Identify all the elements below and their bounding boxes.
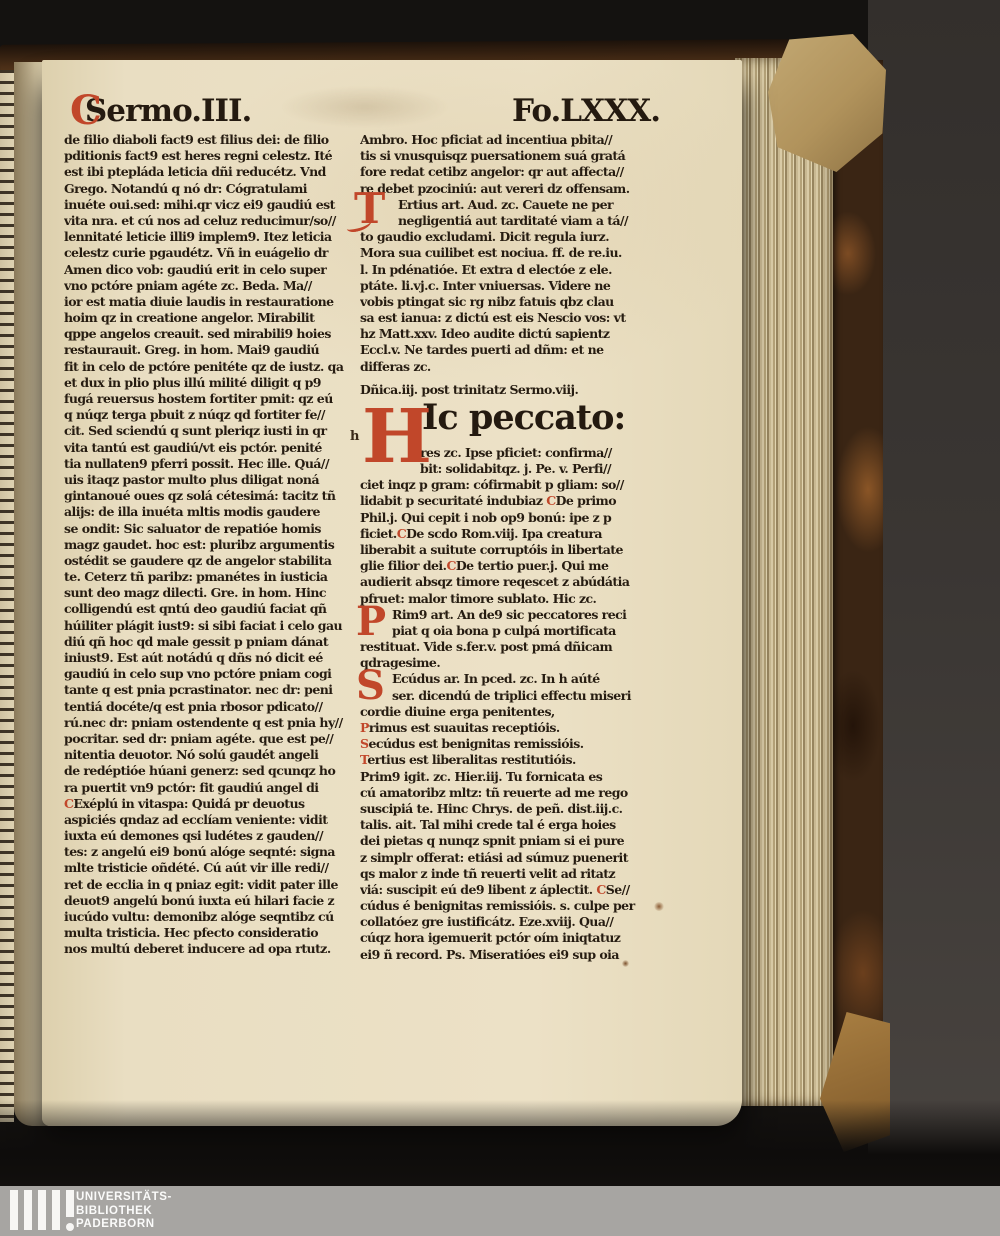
text-line: glie filior dei.CDe tertio puer.j. Qui m…: [360, 558, 672, 574]
text-line: audierit absqz timore reqescet z abúdáti…: [360, 574, 672, 590]
text-line: Ecúdus ar. In pced. zc. In h aúté: [360, 671, 672, 687]
text-line: gaudiú in celo sup vno pctóre pniam cogi: [64, 666, 364, 682]
text-line: iuxta eú demones qsi ludétes z gauden//: [64, 828, 364, 844]
folio-number: Fo.LXXX.: [512, 93, 660, 129]
text-line: Prim9 igit. zc. Hier.iij. Tu fornicata e…: [360, 769, 672, 785]
text-line: tes: z angelú ei9 bonú alóge seqnté: sig…: [64, 844, 364, 860]
text-line: qs malor z inde tñ reuerti velit ad rita…: [360, 866, 672, 882]
text-line: húiliter plágit iust9: si sibi faciat i …: [64, 618, 364, 634]
text-line: Amen dico vob: gaudiú erit in celo super: [64, 262, 364, 278]
text-line: cúdus é benignitas remissióis. s. culpe …: [360, 898, 672, 914]
text-line: vita tantú est gaudiú/vt eis pctór. peni…: [64, 440, 364, 456]
text-line: inuéte oui.sed: mihi.qr vicz ei9 gaudiú …: [64, 197, 364, 213]
text-line: tia nullaten9 pferri possit. Hec ille. Q…: [64, 456, 364, 472]
text-line: est ibi ptepláda leticia dñi reducétz. V…: [64, 164, 364, 180]
text-block: S Ecúdus ar. In pced. zc. In h aútéser. …: [360, 671, 672, 720]
logo-bar: [10, 1190, 18, 1230]
text-line: celestz curie pgaudétz. Vñ in euágelio d…: [64, 245, 364, 261]
text-line: uis itaqz pastor multo plus diligat noná: [64, 472, 364, 488]
text-line: qdragesime.: [360, 655, 672, 671]
text-line: vno pctóre pniam agéte zc. Beda. Ma//: [64, 278, 364, 294]
text-line: de filio diaboli fact9 est filius dei: d…: [64, 132, 364, 148]
text-line: piat q oia bona p culpá mortificata: [360, 623, 672, 639]
text-line: qppe angelos creauit. sed mirabili9 hoie…: [64, 326, 364, 342]
text-line: pditionis fact9 est heres regni celestz.…: [64, 148, 364, 164]
text-line: tentiá docéte/q est pnia rbosor pdicato/…: [64, 699, 364, 715]
text-line: alijs: de illa inuéta mltis modis gauder…: [64, 504, 364, 520]
incipit-text: Ic peccato:: [422, 397, 625, 438]
text-line: Ertius art. Aud. zc. Cauete ne per: [360, 197, 672, 213]
text-line: nitentia deuotor. Nó solú gaudét angeli: [64, 747, 364, 763]
rubricated-initial-S: S: [356, 669, 384, 703]
library-name-line: UNIVERSITÄTS-: [76, 1191, 172, 1205]
text-line: negligentiá aut tarditaté viam a tá//: [360, 213, 672, 229]
incipit-heading: h H Ic peccato:: [360, 403, 672, 445]
text-line: CExéplú in vitaspa: Quidá pr deuotus: [64, 796, 364, 812]
text-line: q núqz terga pbuit z núqz qd fortiter fe…: [64, 407, 364, 423]
text-line: fit in celo de pctóre penitéte qz de ius…: [64, 359, 364, 375]
text-block: T Ambro. Hoc pficiat ad incentiua pbita/…: [360, 132, 672, 375]
text-line: z simplr offerat: etiási ad súmuz puener…: [360, 850, 672, 866]
logo-bar-exclamation: [66, 1190, 74, 1217]
text-line: re debet pzociniú: aut vereri dz offensa…: [360, 181, 672, 197]
text-line: tis si vnusquisqz puersationem suá gratá: [360, 148, 672, 164]
list-block: Primus est suauitas receptióis.Secúdus e…: [360, 720, 672, 769]
text-line: differas zc.: [360, 359, 672, 375]
text-line: ra puertit vn9 pctór: fit gaudiú angel d…: [64, 780, 364, 796]
text-line: tante q est pnia pcrastinator. nec dr: p…: [64, 682, 364, 698]
text-line: to gaudio excludami. Dicit regula iurz.: [360, 229, 672, 245]
rubricated-initial-H: H: [362, 405, 431, 469]
library-name-line: PADERBORN: [76, 1218, 172, 1232]
text-line: de redéptióe húani generz: sed qcunqz ho: [64, 763, 364, 779]
text-line: Ambro. Hoc pficiat ad incentiua pbita//: [360, 132, 672, 148]
text-line: et dux in plio plus illú milité diligit …: [64, 375, 364, 391]
library-name-line: BIBLIOTHEK: [76, 1205, 172, 1219]
text-line: colligendú est qntú deo gaudiú faciat qñ: [64, 601, 364, 617]
facing-page-edge: [0, 70, 14, 1122]
text-line: Grego. Notandú q nó dr: Cógratulami: [64, 181, 364, 197]
text-line: restituat. Vide s.fer.v. post pmá dñicam: [360, 639, 672, 655]
text-block: P Rim9 art. An de9 sic peccatores recipi…: [360, 607, 672, 672]
text-line: ficiet.CDe scdo Rom.viij. Ipa creatura: [360, 526, 672, 542]
text-line: se ondit: Sic saluator de repatióe homis: [64, 521, 364, 537]
text-line: talis. ait. Tal mihi crede tal é erga ho…: [360, 817, 672, 833]
text-line: rú.nec dr: pniam ostendente q est pnia h…: [64, 715, 364, 731]
logo-bar: [52, 1190, 60, 1230]
text-line: hoim qz in creatione angelor. Mirabilit: [64, 310, 364, 326]
text-line: vita nra. et cú nos ad celuz reducimur/s…: [64, 213, 364, 229]
text-line: Rim9 art. An de9 sic peccatores reci: [360, 607, 672, 623]
rubricated-initial-P: P: [356, 605, 386, 639]
text-line: te. Ceterz tñ paribz: pmanétes in iustic…: [64, 569, 364, 585]
library-banner: UNIVERSITÄTS- BIBLIOTHEK PADERBORN: [0, 1186, 1000, 1236]
text-line: aspiciés qndaz ad ecclíam veniente: vidi…: [64, 812, 364, 828]
header-sermo: CSermo.III.: [70, 84, 251, 131]
text-line: iucúdo vultu: demonibz alóge seqntibz cú: [64, 909, 364, 925]
text-line: pfruet: malor timore sublato. Hic zc.: [360, 591, 672, 607]
text-line: gintanoué oues qz solá cétesimá: tacitz …: [64, 488, 364, 504]
text-line: Mora sua cuilibet est nociua. ff. de re.…: [360, 245, 672, 261]
text-block: de filio diaboli fact9 est filius dei: d…: [64, 132, 364, 958]
text-line: cúqz hora igemuerit pctór oím iniqtatuz: [360, 930, 672, 946]
text-line: fugá reuersus hostem fortiter pmit: qz e…: [64, 391, 364, 407]
leather-cover: [833, 60, 883, 1134]
text-line: restaurauit. Greg. in hom. Mai9 gaudiú: [64, 342, 364, 358]
text-line: ret de ecclia in q pniaz egit: vidit pat…: [64, 877, 364, 893]
logo-bar: [24, 1190, 32, 1230]
text-line: Primus est suauitas receptióis.: [360, 720, 672, 736]
text-line: l. In pdénatióe. Et extra d electóe z el…: [360, 262, 672, 278]
text-line: collatóez gre iustificátz. Eze.xviij. Qu…: [360, 914, 672, 930]
page-stack-fore-edge: [735, 58, 837, 1106]
text-line: lidabit p securitaté indubiaz CDe primo: [360, 493, 672, 509]
library-logo-icon: [10, 1190, 80, 1232]
photo-scene: CSermo.III. Fo.LXXX. de filio diaboli fa…: [0, 0, 1000, 1236]
text-line: cit. Sed sciendú q sunt pleriqz iusti in…: [64, 423, 364, 439]
rubricated-initial-T: T: [354, 192, 385, 226]
text-line: multa tristicia. Hec pfecto consideratio: [64, 925, 364, 941]
running-header: CSermo.III. Fo.LXXX.: [70, 84, 660, 131]
text-line: ser. dicendú de triplici effectu miseri: [360, 688, 672, 704]
guide-letter: h: [350, 429, 359, 444]
text-line: liberabit a suitute corruptóis in libert…: [360, 542, 672, 558]
text-line: sunt deo magz dilecti. Gre. in hom. Hinc: [64, 585, 364, 601]
text-line: cú amatoribz mltz: tñ reuerte ad me rego: [360, 785, 672, 801]
text-block: Prim9 igit. zc. Hier.iij. Tu fornicata e…: [360, 769, 672, 963]
text-column-right: T Ambro. Hoc pficiat ad incentiua pbita/…: [360, 132, 672, 963]
text-line: iniust9. Est aút notádú q dñs nó dicit e…: [64, 650, 364, 666]
header-sermo-label: Sermo.III.: [85, 93, 251, 129]
text-line: fore redat cetibz angelor: qr aut affect…: [360, 164, 672, 180]
text-line: mlte tristicie oñdété. Cú aút vir ille r…: [64, 860, 364, 876]
text-line: Eccl.v. Ne tardes puerti ad dñm: et ne: [360, 342, 672, 358]
text-line: cordie diuine erga penitentes,: [360, 704, 672, 720]
library-name: UNIVERSITÄTS- BIBLIOTHEK PADERBORN: [76, 1191, 172, 1232]
text-line: suscipiá te. Hinc Chrys. de peñ. dist.ii…: [360, 801, 672, 817]
text-line: lennitaté leticie illi9 implem9. Itez le…: [64, 229, 364, 245]
text-line: Phil.j. Qui cepit i nob op9 bonú: ipe z …: [360, 510, 672, 526]
text-line: ostédit se gaudere qz de angelor stabili…: [64, 553, 364, 569]
text-line: hz Matt.xxv. Ideo audite dictú sapientz: [360, 326, 672, 342]
text-line: magz gaudet. hoc est: pluribz argumentis: [64, 537, 364, 553]
text-line: Tertius est liberalitas restitutióis.: [360, 752, 672, 768]
text-line: nos multú deberet inducere ad opa rtutz.: [64, 941, 364, 957]
logo-bar: [38, 1190, 46, 1230]
text-line: diú qñ hoc qd male gessit p pniam dánat: [64, 634, 364, 650]
text-line: sa est ianua: z dictú est eis Nescio vos…: [360, 310, 672, 326]
text-line: ei9 ñ record. Ps. Miseratióes ei9 sup oi…: [360, 947, 672, 963]
text-line: deuot9 angelú bonú iuxta eú hilari facie…: [64, 893, 364, 909]
text-line: ptáte. li.vj.c. Inter vniuersas. Videre …: [360, 278, 672, 294]
text-line: pocritar. sed dr: pniam agéte. que est p…: [64, 731, 364, 747]
text-column-left: de filio diaboli fact9 est filius dei: d…: [64, 132, 364, 958]
red-paragraph-mark: C: [70, 87, 101, 134]
text-line: ior est matia diuie laudis in restaurati…: [64, 294, 364, 310]
text-line: Secúdus est benignitas remissióis.: [360, 736, 672, 752]
book-page: CSermo.III. Fo.LXXX. de filio diaboli fa…: [42, 60, 742, 1126]
text-line: vobis ptingat sic rg nibz fatuis qbz cla…: [360, 294, 672, 310]
text-line: viá: suscipit eú de9 libent z áplectit. …: [360, 882, 672, 898]
text-line: dei pietas q nunqz spnit pniam si ei pur…: [360, 833, 672, 849]
